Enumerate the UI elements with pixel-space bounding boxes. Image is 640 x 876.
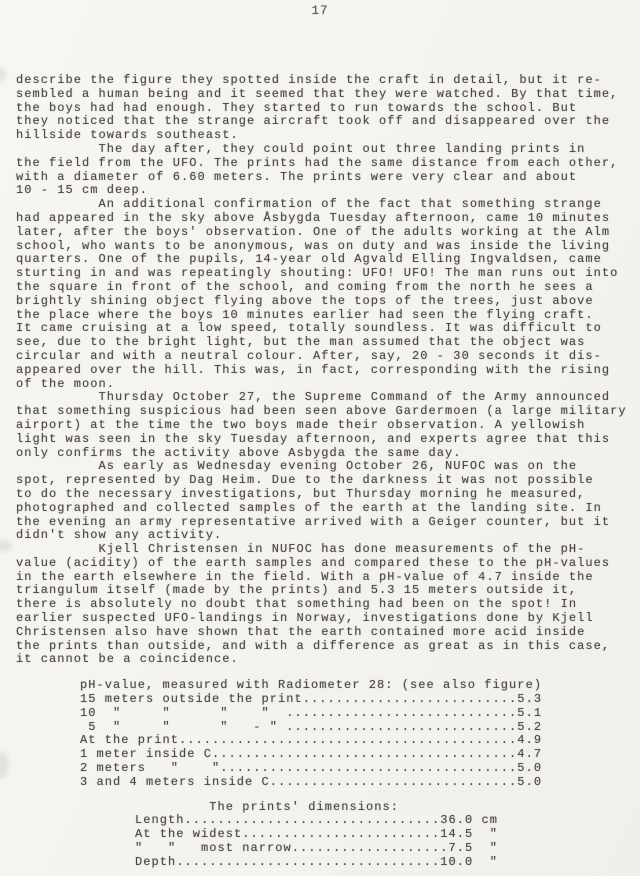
paragraph-ph-measurements: Kjell Christensen in NUFOC has done meas… <box>16 543 640 667</box>
page-number: 17 <box>0 0 640 18</box>
paragraph-landing-prints: The day after, they could point out thre… <box>16 143 640 198</box>
prints-dimensions-table: The prints' dimensions: Length..........… <box>135 801 640 870</box>
paragraph-army-announcement: Thursday October 27, the Supreme Command… <box>16 391 640 460</box>
document-page: 17 describe the figure they spotted insi… <box>0 0 640 876</box>
paragraph-nufoc-investigation: As early as Wednesday evening October 26… <box>16 460 640 543</box>
paragraph-describe-figure: describe the figure they spotted inside … <box>16 74 640 143</box>
paragraph-additional-confirmation: An additional confirmation of the fact t… <box>16 198 640 391</box>
document-body: describe the figure they spotted inside … <box>0 74 640 870</box>
ph-value-table: pH-value, measured with Radiometer 28: (… <box>80 679 640 789</box>
